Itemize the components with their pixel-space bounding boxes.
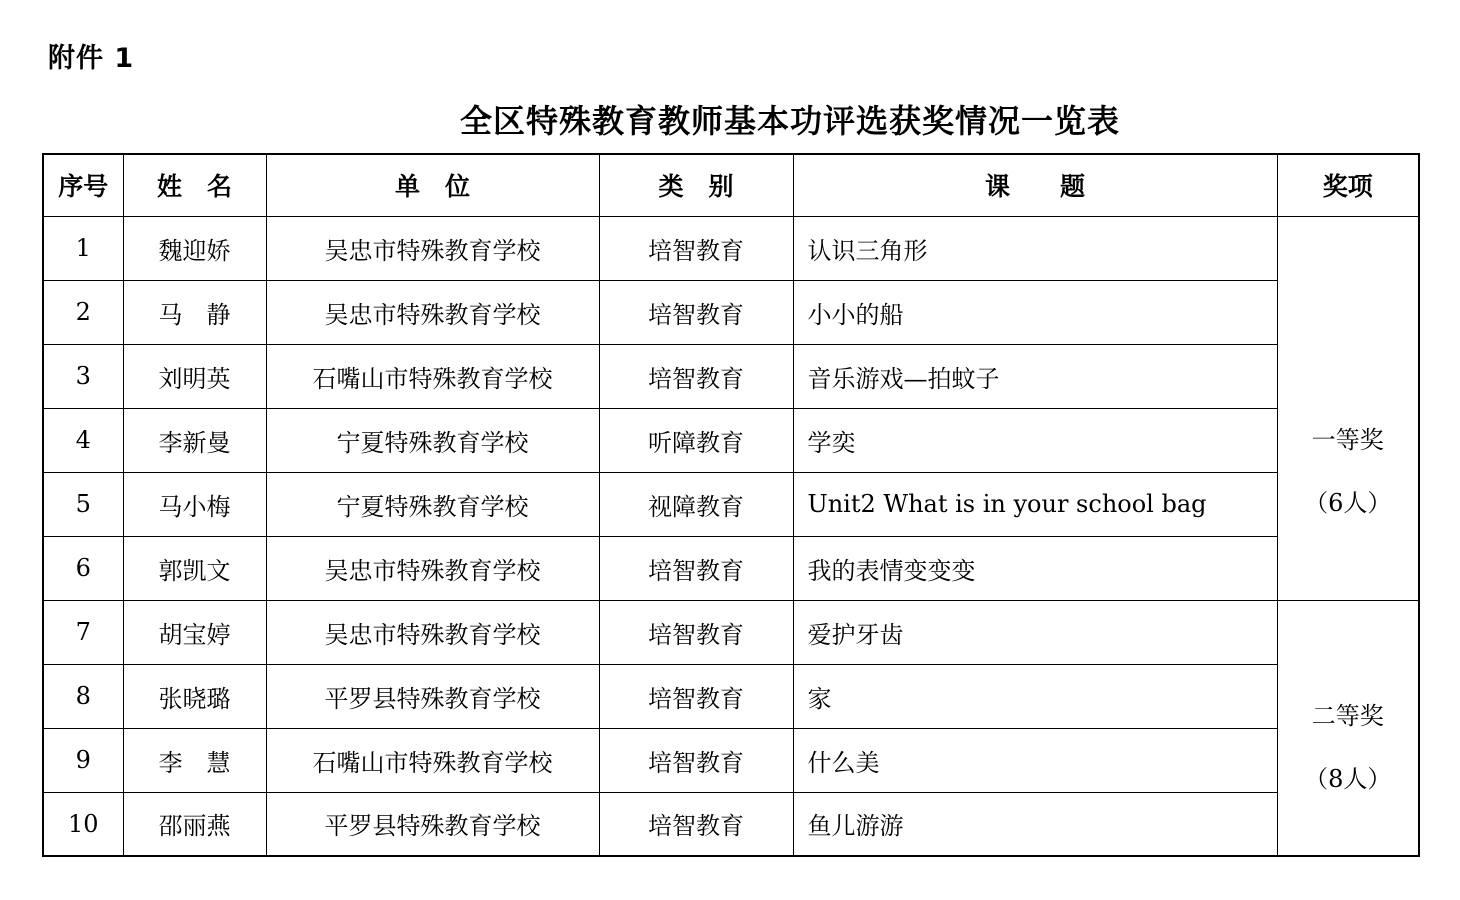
row-number-cell: 8 bbox=[43, 664, 123, 728]
table-row: 10 邵丽燕 平罗县特殊教育学校 培智教育 鱼儿游游 bbox=[43, 792, 1419, 856]
row-number-cell: 7 bbox=[43, 600, 123, 664]
name-cell: 马 静 bbox=[123, 280, 266, 344]
name-cell: 胡宝婷 bbox=[123, 600, 266, 664]
unit-cell: 吴忠市特殊教育学校 bbox=[266, 216, 599, 280]
document-page: 附件 1 全区特殊教育教师基本功评选获奖情况一览表 序号 姓 名 单 位 类 别… bbox=[0, 0, 1460, 900]
category-cell: 培智教育 bbox=[599, 728, 793, 792]
topic-cell: 爱护牙齿 bbox=[793, 600, 1277, 664]
name-cell: 魏迎娇 bbox=[123, 216, 266, 280]
row-number-cell: 10 bbox=[43, 792, 123, 856]
name-cell: 郭凯文 bbox=[123, 536, 266, 600]
category-cell: 培智教育 bbox=[599, 216, 793, 280]
name-cell: 李新曼 bbox=[123, 408, 266, 472]
unit-cell: 吴忠市特殊教育学校 bbox=[266, 600, 599, 664]
award-rank-line: 二等奖 bbox=[1278, 685, 1419, 748]
unit-cell: 平罗县特殊教育学校 bbox=[266, 664, 599, 728]
topic-cell: 学奕 bbox=[793, 408, 1277, 472]
title-container: 全区特殊教育教师基本功评选获奖情况一览表 bbox=[42, 96, 1418, 142]
award-cell: 一等奖（6人） bbox=[1277, 216, 1419, 600]
name-cell: 邵丽燕 bbox=[123, 792, 266, 856]
awards-table: 序号 姓 名 单 位 类 别 课 题 奖项 1 魏迎娇 吴忠市特殊教育学校 培智… bbox=[42, 153, 1420, 857]
unit-cell: 平罗县特殊教育学校 bbox=[266, 792, 599, 856]
page-title: 全区特殊教育教师基本功评选获奖情况一览表 bbox=[460, 102, 1120, 140]
unit-cell: 吴忠市特殊教育学校 bbox=[266, 536, 599, 600]
unit-cell: 石嘴山市特殊教育学校 bbox=[266, 728, 599, 792]
category-cell: 培智教育 bbox=[599, 600, 793, 664]
category-cell: 培智教育 bbox=[599, 344, 793, 408]
row-number-cell: 2 bbox=[43, 280, 123, 344]
category-cell: 培智教育 bbox=[599, 792, 793, 856]
award-count-line: （8人） bbox=[1278, 748, 1419, 811]
award-label: 一等奖（6人） bbox=[1278, 409, 1419, 535]
topic-cell: 音乐游戏—拍蚊子 bbox=[793, 344, 1277, 408]
award-cell: 二等奖（8人） bbox=[1277, 600, 1419, 856]
table-row: 5 马小梅 宁夏特殊教育学校 视障教育 Unit2 What is in you… bbox=[43, 472, 1419, 536]
award-label: 二等奖（8人） bbox=[1278, 685, 1419, 811]
topic-cell: 什么美 bbox=[793, 728, 1277, 792]
table-row: 2 马 静 吴忠市特殊教育学校 培智教育 小小的船 bbox=[43, 280, 1419, 344]
topic-cell: 小小的船 bbox=[793, 280, 1277, 344]
table-row: 6 郭凯文 吴忠市特殊教育学校 培智教育 我的表情变变变 bbox=[43, 536, 1419, 600]
table-row: 7 胡宝婷 吴忠市特殊教育学校 培智教育 爱护牙齿 二等奖（8人） bbox=[43, 600, 1419, 664]
table-body: 1 魏迎娇 吴忠市特殊教育学校 培智教育 认识三角形 一等奖（6人） 2 马 静… bbox=[43, 216, 1419, 856]
award-count-line: （6人） bbox=[1278, 472, 1419, 535]
unit-cell: 吴忠市特殊教育学校 bbox=[266, 280, 599, 344]
name-cell: 马小梅 bbox=[123, 472, 266, 536]
topic-cell: 鱼儿游游 bbox=[793, 792, 1277, 856]
unit-cell: 石嘴山市特殊教育学校 bbox=[266, 344, 599, 408]
award-rank-line: 一等奖 bbox=[1278, 409, 1419, 472]
name-cell: 刘明英 bbox=[123, 344, 266, 408]
category-cell: 培智教育 bbox=[599, 536, 793, 600]
header-award: 奖项 bbox=[1277, 154, 1419, 216]
table-row: 3 刘明英 石嘴山市特殊教育学校 培智教育 音乐游戏—拍蚊子 bbox=[43, 344, 1419, 408]
table-row: 1 魏迎娇 吴忠市特殊教育学校 培智教育 认识三角形 一等奖（6人） bbox=[43, 216, 1419, 280]
name-cell: 张晓璐 bbox=[123, 664, 266, 728]
row-number-cell: 4 bbox=[43, 408, 123, 472]
category-cell: 培智教育 bbox=[599, 664, 793, 728]
header-category: 类 别 bbox=[599, 154, 793, 216]
unit-cell: 宁夏特殊教育学校 bbox=[266, 472, 599, 536]
row-number-cell: 1 bbox=[43, 216, 123, 280]
header-topic: 课 题 bbox=[793, 154, 1277, 216]
topic-cell: 我的表情变变变 bbox=[793, 536, 1277, 600]
header-unit: 单 位 bbox=[266, 154, 599, 216]
topic-cell: Unit2 What is in your school bag bbox=[793, 472, 1277, 536]
row-number-cell: 5 bbox=[43, 472, 123, 536]
category-cell: 培智教育 bbox=[599, 280, 793, 344]
header-name: 姓 名 bbox=[123, 154, 266, 216]
name-cell: 李 慧 bbox=[123, 728, 266, 792]
row-number-cell: 6 bbox=[43, 536, 123, 600]
table-header-row: 序号 姓 名 单 位 类 别 课 题 奖项 bbox=[43, 154, 1419, 216]
table-row: 8 张晓璐 平罗县特殊教育学校 培智教育 家 bbox=[43, 664, 1419, 728]
attachment-label: 附件 1 bbox=[48, 36, 134, 75]
header-no: 序号 bbox=[43, 154, 123, 216]
unit-cell: 宁夏特殊教育学校 bbox=[266, 408, 599, 472]
topic-cell: 家 bbox=[793, 664, 1277, 728]
row-number-cell: 9 bbox=[43, 728, 123, 792]
topic-cell: 认识三角形 bbox=[793, 216, 1277, 280]
category-cell: 听障教育 bbox=[599, 408, 793, 472]
row-number-cell: 3 bbox=[43, 344, 123, 408]
table-row: 4 李新曼 宁夏特殊教育学校 听障教育 学奕 bbox=[43, 408, 1419, 472]
category-cell: 视障教育 bbox=[599, 472, 793, 536]
table-row: 9 李 慧 石嘴山市特殊教育学校 培智教育 什么美 bbox=[43, 728, 1419, 792]
